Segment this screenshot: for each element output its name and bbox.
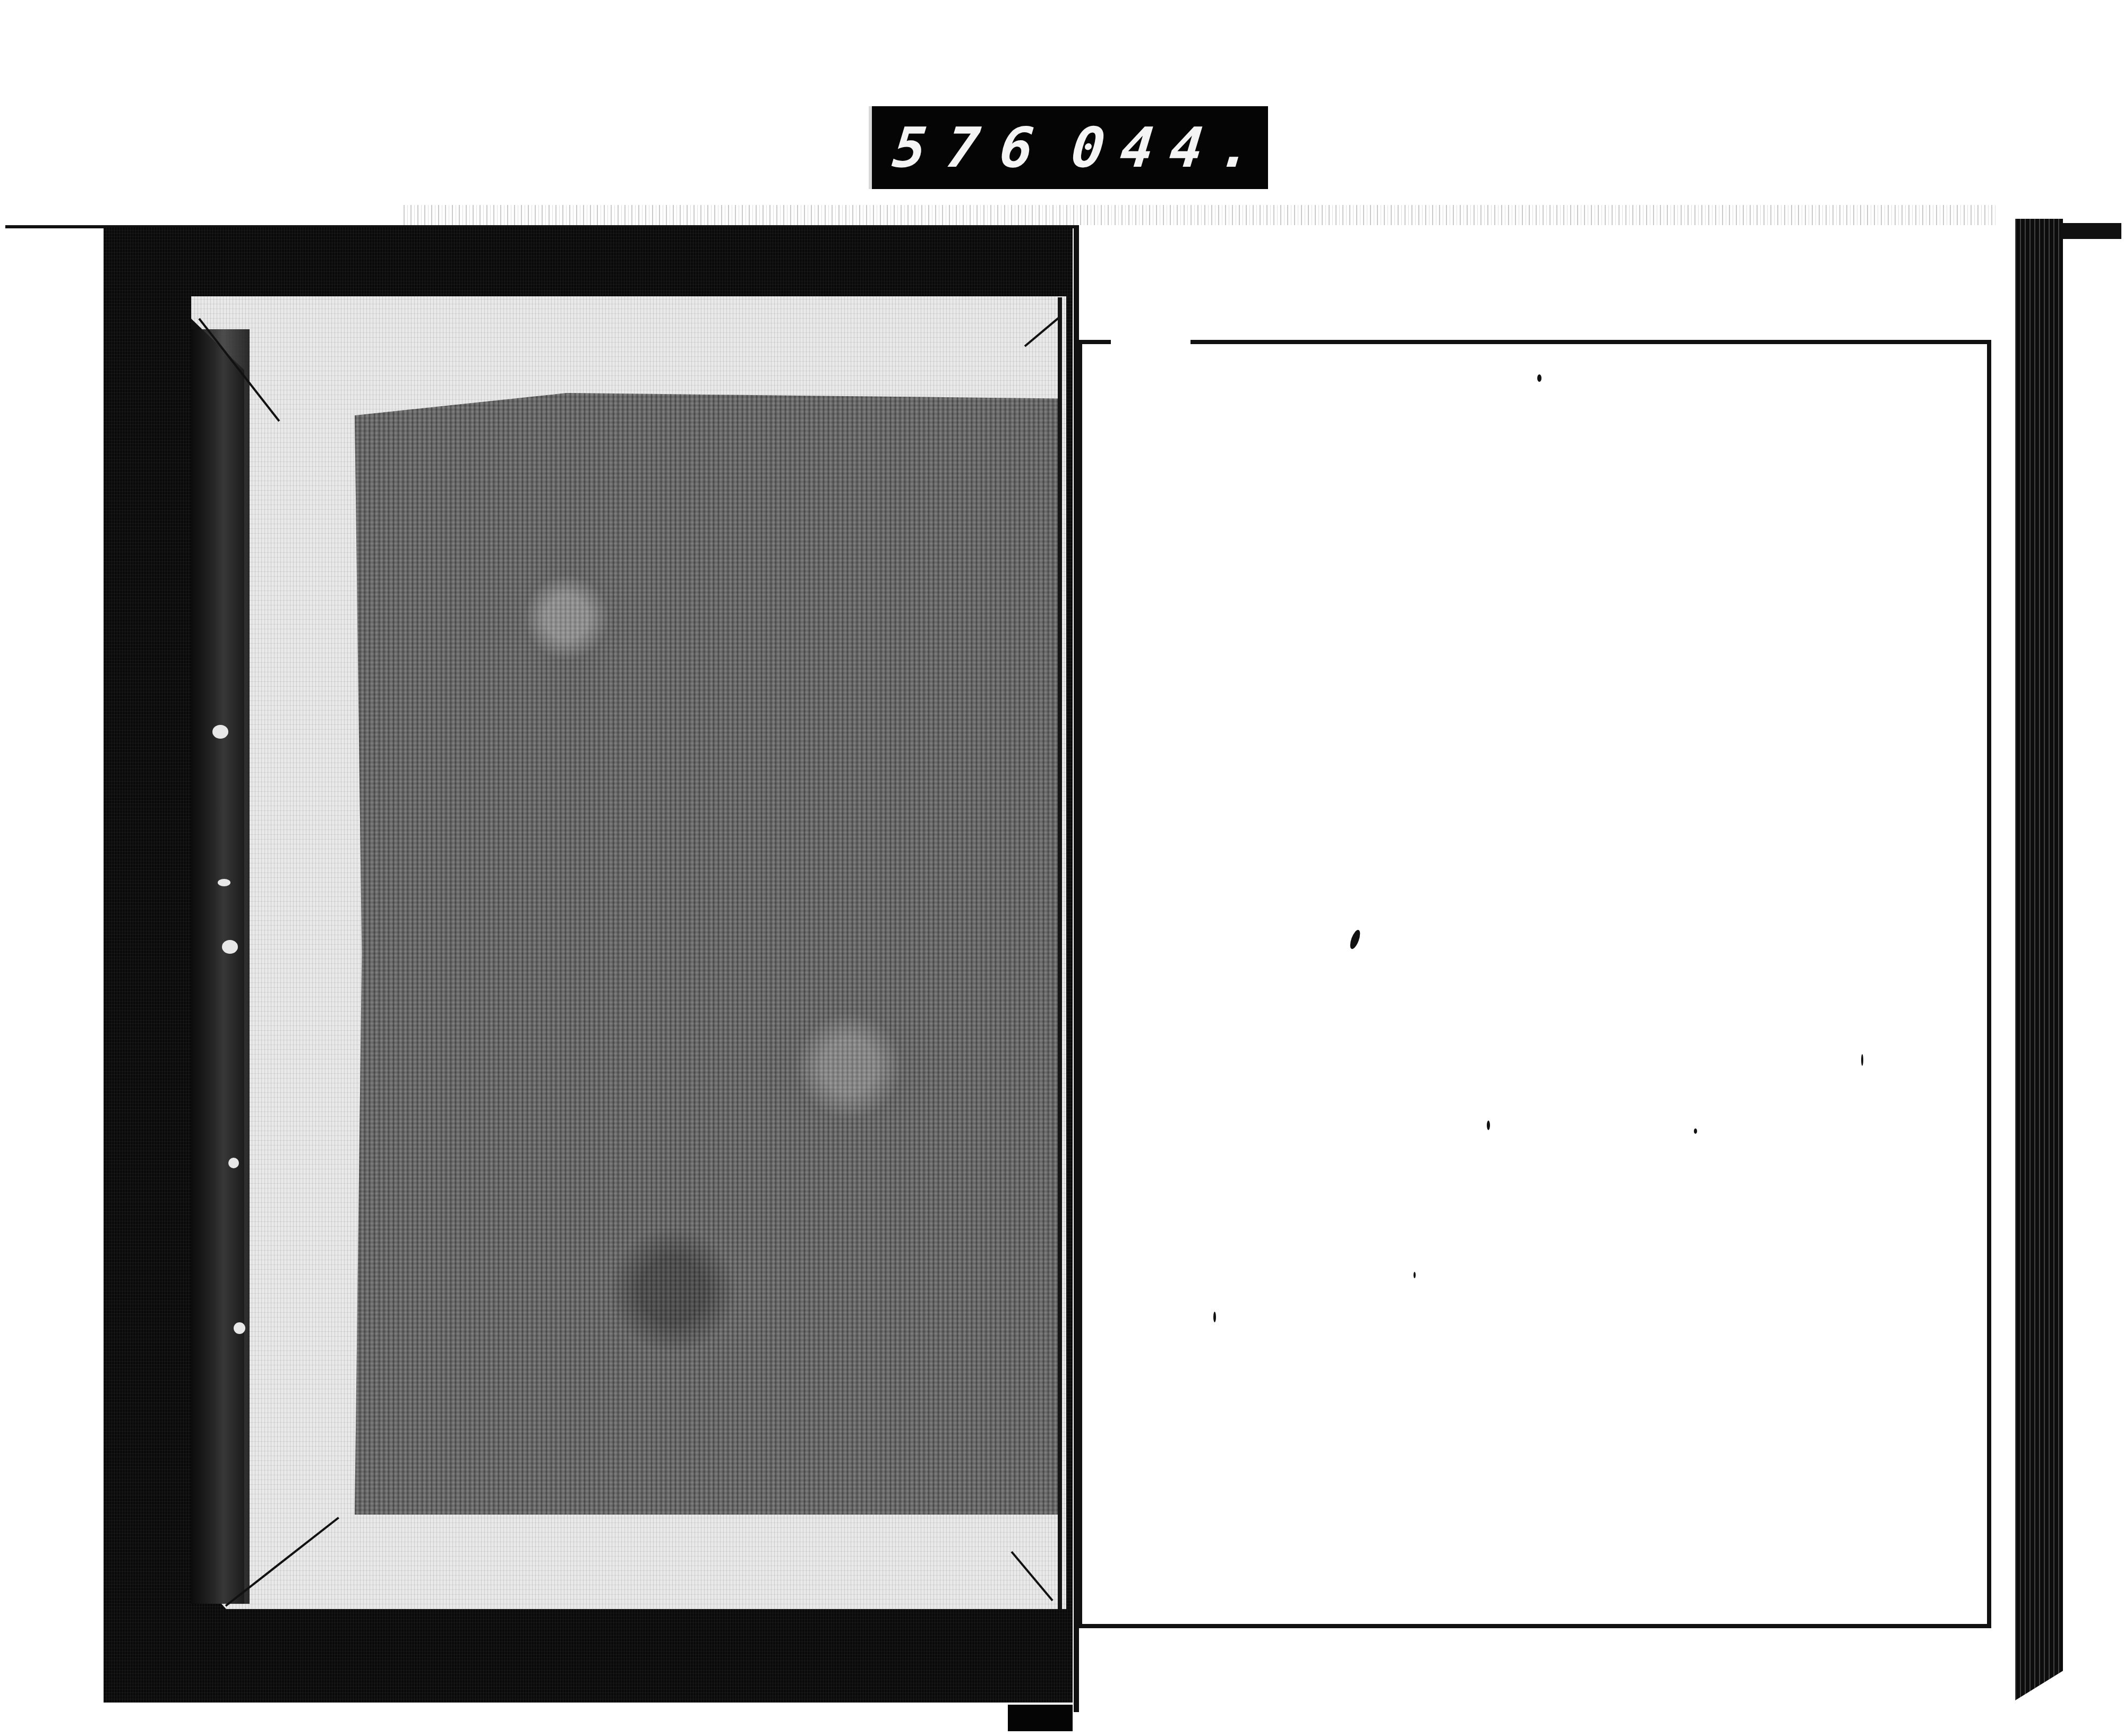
- film-reel-number: 576: [890, 120, 1057, 175]
- gutter-edge: [1058, 297, 1062, 1609]
- speck: [1414, 1272, 1416, 1278]
- speck: [1213, 1312, 1216, 1322]
- scan-noise-top: [404, 205, 1997, 226]
- sewing-hole: [212, 725, 228, 739]
- sewing-hole: [218, 879, 230, 886]
- page-edge-top: [2060, 223, 2121, 239]
- page-ruled-border: [1078, 340, 1991, 1628]
- marbled-pastedown: [355, 393, 1061, 1515]
- sewing-hole: [228, 1158, 239, 1168]
- sewing-hole: [234, 1322, 245, 1334]
- page-block-edge: [2015, 219, 2063, 1700]
- film-frame-number: 044.: [1068, 120, 1271, 175]
- speck: [1694, 1128, 1697, 1134]
- sewing-hole: [222, 940, 238, 954]
- speck: [1487, 1121, 1490, 1130]
- spine-strip: [191, 329, 250, 1604]
- speck: [1537, 374, 1541, 382]
- border-gap: [1111, 335, 1191, 347]
- speck: [1861, 1054, 1863, 1066]
- cover-corner-tab: [1008, 1705, 1073, 1731]
- film-label: 576 044.: [869, 106, 1268, 189]
